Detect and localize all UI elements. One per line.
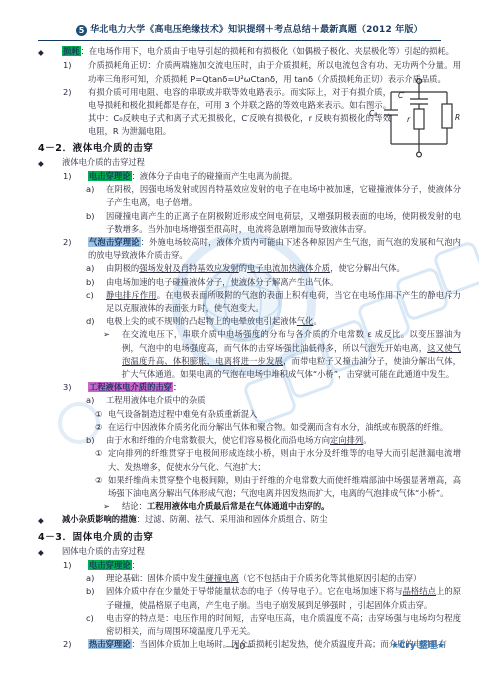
electric-breakdown-tail: ：液体分子由电子的碰撞而产生电离为前提。: [132, 171, 298, 181]
bubble-breakdown-b-text: 由电场加速的电子碰撞液体分子，使液体分子解离产生出气体。: [106, 276, 461, 289]
loss-item-1-text: 介质损耗角正切：介质两端施加交流电压时，由于介质损耗，所以电流包含有功、无功两个…: [88, 59, 461, 85]
list-marker: a): [86, 394, 106, 407]
list-marker: 1): [63, 59, 88, 72]
bubble-breakdown-a: a) 由阴极的强场发射及肖特基效应发射的电子电流加热液体介质，使它分解出气体。: [86, 262, 461, 275]
bubble-breakdown-note: ➢ 在交流电压下，串联介质中电场强度的分布与各介质的介电常数 ε 成反比。以变压…: [103, 328, 461, 381]
solid-electric-c-text: 电击穿的特点是：电压作用的时间短，击穿电压高，电介质温度不高；击穿场强与电场均匀…: [106, 612, 461, 638]
list-marker: b): [86, 434, 106, 447]
bubble-breakdown-d: d) 电极上尖的或不规则的凸起物上的电晕放电引起液体气化。: [86, 315, 461, 328]
liquid-breakdown-intro: ◆ 液体电介质的击穿过程: [38, 156, 461, 170]
loss-definition: ◆ 损耗：在电场作用下，电介质由于电导引起的损耗和有损极化（如偶极子极化、夹层极…: [38, 45, 461, 59]
electric-breakdown-b: b) 因碰撞电离产生的正离子在阴极附近形成空间电荷层，又增强阴极表面的电场，使阴…: [86, 210, 461, 236]
engineering-b: b) 由于水和纤维的介电常数很大，使它们容易极化而沿电场方向定向排列。: [86, 434, 461, 447]
list-marker: 1): [63, 559, 88, 572]
engineering-a1: ① 电气设备制造过程中难免有杂质重新混入: [95, 408, 461, 421]
solid-breakdown-intro-text: 固体电介质的击穿过程: [62, 545, 461, 558]
list-marker: 1): [63, 170, 88, 183]
engineering-b2-text: 如果纤维尚未贯穿整个电极间隙，则由于纤维的介电常数大而使纤维端部油中场强显著增高…: [108, 474, 461, 500]
solid-electric-a: a) 理论基础：固体介质中发生碰撞电离（它不包括由于介质劣化等其他原因引起的击穿…: [86, 572, 461, 585]
engineering-conclusion: ➢ 结论：工程用液体电介质最后常是在气体通道中击穿的。: [103, 500, 461, 513]
document-body: ◆ 损耗：在电场作用下，电介质由于电导引起的损耗和有损极化（如偶极子极化、夹层极…: [0, 41, 479, 651]
liquid-breakdown-intro-text: 液体电介质的击穿过程: [62, 156, 461, 169]
loss-item-2-text: 有损介质可用电阻、电容的串联或并联等效电路表示。而实际上，对于有损介质，电导损耗…: [88, 86, 461, 139]
arrow-bullet-icon: ➢: [103, 328, 122, 341]
measures-text: ：过滤、防潮、祛气、采用油和固体介质组合、防尘: [137, 514, 328, 524]
section-4-3-heading: 4－3．固体电介质的击穿: [38, 531, 461, 544]
circled-number-marker: ①: [95, 408, 108, 421]
term-electric-breakdown: 电击穿理论: [88, 171, 132, 181]
engineering-b2: ② 如果纤维尚未贯穿整个电极间隙，则由于纤维的介电常数大而使纤维端部油中场强显著…: [95, 474, 461, 500]
diamond-bullet-icon: ◆: [38, 156, 62, 170]
document-page: 5 华北电力大学《高电压绝缘技术》知识提纲＋考点总结＋最新真题（2012 年版）: [0, 0, 479, 679]
list-marker: d): [86, 315, 106, 328]
engineering-a1-text: 电气设备制造过程中难免有杂质重新混入: [108, 408, 461, 421]
section-4-2-heading: 4－2．液体电介质的击穿: [38, 142, 461, 155]
bubble-breakdown-c: c) 静电排斥作用。在电极表面所吸附的气泡的表面上积有电荷，当它在电场作用下产生…: [86, 289, 461, 315]
electric-breakdown-a-text: 在阴极，因强电场发射或因肖特基效应发射的电子在电场中被加速，它碰撞液体分子，使液…: [106, 183, 461, 209]
engineering-a: a) 工程用液体电介质中的杂质: [86, 394, 461, 407]
conclusion-text: 工程用液体电介质最后常是在气体通道中击穿的。: [147, 501, 330, 511]
page-header: 5 华北电力大学《高电压绝缘技术》知识提纲＋考点总结＋最新真题（2012 年版）: [0, 0, 479, 37]
list-marker: b): [86, 210, 106, 223]
diamond-bullet-icon: ◆: [38, 45, 62, 59]
loss-definition-text: ：在电场作用下，电介质由于电导引起的损耗和有损极化（如偶极子极化、夹层极化等）引…: [81, 46, 454, 56]
compiler-credit: ★Cry 整理★: [391, 640, 445, 653]
term-loss: 损耗: [62, 46, 81, 56]
solid-breakdown-intro: ◆ 固体电介质的击穿过程: [38, 545, 461, 559]
engineering-liquid-breakdown: 3) 工程液体电介质的击穿：: [63, 381, 461, 394]
bubble-breakdown-tail: ：外施电场较高时，液体介质内可能由下述各种原因产生气泡，而气泡的发展和气泡内的放…: [88, 237, 461, 260]
electric-breakdown-a: a) 在阴极，因强电场发射或因肖特基效应发射的电子在电场中被加速，它碰撞液体分子…: [86, 183, 461, 209]
bubble-breakdown-theory: 2) 气泡击穿理论：外施电场较高时，液体介质内可能由下述各种原因产生气泡，而气泡…: [63, 236, 461, 262]
list-marker: a): [86, 262, 106, 275]
list-marker: 2): [63, 86, 88, 99]
measures-label: 减小杂质影响的措施: [62, 514, 137, 524]
arrow-bullet-icon: ➢: [103, 500, 122, 513]
series-badge-icon: 5: [76, 25, 87, 36]
engineering-a-text: 工程用液体电介质中的杂质: [106, 394, 461, 407]
term-solid-electric-breakdown: 电击穿理论: [88, 560, 132, 570]
solid-electric-breakdown: 1) 电击穿理论：: [63, 559, 461, 572]
electric-breakdown-theory: 1) 电击穿理论：液体分子由电子的碰撞而产生电离为前提。: [63, 170, 461, 183]
diamond-bullet-icon: ◆: [38, 545, 62, 559]
term-engineering-liquid-breakdown: 工程液体电介质的击穿: [88, 382, 173, 392]
solid-electric-b: b) 固体介质中存在少量处于导带能量状态的电子（传导电子）。它在电场加速下将与晶…: [86, 585, 461, 611]
diamond-bullet-icon: ◆: [38, 513, 62, 527]
engineering-a2-text: 在运行中因液体介质劣化而分解出气体和聚合物。如受潮而含有水分，油纸或布脱落的纤维…: [108, 421, 461, 434]
list-marker: b): [86, 276, 106, 289]
loss-item-2: 2) 有损介质可用电阻、电容的串联或并联等效电路表示。而实际上，对于有损介质，电…: [63, 86, 461, 139]
impurity-measures: ◆ 减小杂质影响的措施：过滤、防潮、祛气、采用油和固体介质组合、防尘: [38, 513, 461, 527]
electric-breakdown-b-text: 因碰撞电离产生的正离子在阴极附近形成空间电荷层，又增强阴极表面的电场，使阴极发射…: [106, 210, 461, 236]
circled-number-marker: ②: [95, 421, 108, 434]
bubble-breakdown-b: b) 由电场加速的电子碰撞液体分子，使液体分子解离产生出气体。: [86, 276, 461, 289]
list-marker: 3): [63, 381, 88, 394]
list-marker: b): [86, 585, 106, 598]
engineering-b1: ① 定向排列的纤维贯穿于电极间形成连续小桥，则由于水分及纤维等的电导大而引起泄漏…: [95, 447, 461, 473]
solid-electric-c: c) 电击穿的特点是：电压作用的时间短，击穿电压高，电介质温度不高；击穿场强与电…: [86, 612, 461, 638]
engineering-a2: ② 在运行中因液体介质劣化而分解出气体和聚合物。如受潮而含有水分，油纸或布脱落的…: [95, 421, 461, 434]
list-marker: c): [86, 289, 106, 302]
page-title: 华北电力大学《高电压绝缘技术》知识提纲＋考点总结＋最新真题（2012 年版）: [90, 24, 423, 37]
list-marker: a): [86, 572, 106, 585]
circled-number-marker: ②: [95, 474, 108, 487]
circled-number-marker: ①: [95, 447, 108, 460]
page-footer: —10— ★Cry 整理★: [0, 641, 479, 655]
list-marker: 2): [63, 236, 88, 249]
engineering-b1-text: 定向排列的纤维贯穿于电极间形成连续小桥，则由于水分及纤维等的电导大而引起泄漏电流…: [108, 447, 461, 473]
term-bubble-breakdown: 气泡击穿理论: [88, 237, 141, 247]
loss-item-1: 1) 介质损耗角正切：介质两端施加交流电压时，由于介质损耗，所以电流包含有功、无…: [63, 59, 461, 85]
list-marker: c): [86, 612, 106, 625]
list-marker: a): [86, 183, 106, 196]
